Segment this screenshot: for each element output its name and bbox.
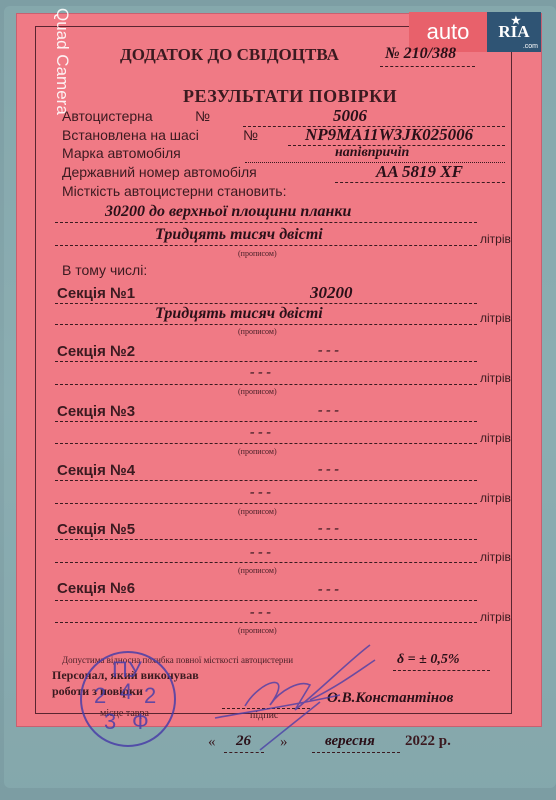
underline xyxy=(245,162,505,163)
stamp-text: 4 xyxy=(120,679,132,705)
section-words: Тридцять тисяч двісті xyxy=(155,305,323,323)
section-value: - - - xyxy=(318,343,339,359)
words-hint: (прописом) xyxy=(238,387,277,396)
words-hint: (прописом) xyxy=(238,566,277,575)
underline xyxy=(380,66,475,67)
vehicle-brand: напівпричіп xyxy=(335,145,409,161)
underline xyxy=(55,600,477,601)
underline xyxy=(55,622,477,623)
underline xyxy=(55,222,477,223)
section-words: - - - xyxy=(250,485,271,501)
section-value: - - - xyxy=(318,521,339,537)
stamp-text: Ф xyxy=(132,709,149,735)
words-hint: (прописом) xyxy=(238,249,277,258)
tanker-no-sign: № xyxy=(195,108,210,124)
underline xyxy=(312,752,400,753)
underline xyxy=(55,443,477,444)
day-close-quote: » xyxy=(280,734,288,751)
section-value: 30200 xyxy=(310,283,353,303)
stamp-text: 2 xyxy=(144,683,156,709)
liters-unit: літрів xyxy=(480,550,511,564)
underline xyxy=(55,562,477,563)
section-value: - - - xyxy=(318,462,339,478)
section-label: Секція №4 xyxy=(57,462,135,479)
underline xyxy=(335,182,505,183)
section-words: - - - xyxy=(250,605,271,621)
section-value: - - - xyxy=(318,403,339,419)
star-icon: ★ xyxy=(511,14,521,27)
capacity-words: Тридцять тисяч двісті xyxy=(155,226,323,244)
section-label: Секція №1 xyxy=(57,285,135,302)
brand-label: Марка автомобіля xyxy=(62,145,181,161)
words-hint: (прописом) xyxy=(238,507,277,516)
underline xyxy=(55,361,477,362)
capacity-label: Місткість автоцистерни становить: xyxy=(62,183,287,199)
liters-unit: літрів xyxy=(480,431,511,445)
tanker-number: 5006 xyxy=(333,106,367,126)
section-words: - - - xyxy=(250,425,271,441)
underline xyxy=(393,670,490,671)
liters-unit: літрів xyxy=(480,371,511,385)
verification-stamp: ПУ 2 4 2 3 Ф xyxy=(80,651,176,747)
including-label: В тому числі: xyxy=(62,262,147,278)
underline xyxy=(224,752,264,753)
plate-label: Державний номер автомобіля xyxy=(62,164,257,180)
section-label: Секція №6 xyxy=(57,580,135,597)
underline xyxy=(55,480,477,481)
section-value: - - - xyxy=(318,582,339,598)
tanker-label: Автоцистерна xyxy=(62,108,153,124)
month-value: вересня xyxy=(325,733,375,750)
stamp-text: 2 xyxy=(94,683,106,709)
appendix-title: ДОДАТОК ДО СВІДОЦТВА xyxy=(120,45,339,65)
underline xyxy=(55,539,477,540)
license-plate: AA 5819 XF xyxy=(376,162,463,182)
underline xyxy=(55,503,477,504)
words-hint: (прописом) xyxy=(238,626,277,635)
underline xyxy=(55,324,477,325)
logo-ria-text: RIA ★ .com xyxy=(487,12,541,52)
camera-watermark: Quad Camera xyxy=(52,8,72,115)
section-label: Секція №3 xyxy=(57,403,135,420)
error-value: δ = ± 0,5% xyxy=(397,652,460,668)
chassis-no-sign: № xyxy=(243,127,258,143)
logo-domain: .com xyxy=(523,43,538,50)
words-hint: (прописом) xyxy=(238,327,277,336)
section-words: - - - xyxy=(250,545,271,561)
section-words: - - - xyxy=(250,365,271,381)
liters-unit: літрів xyxy=(480,232,511,246)
certificate-number: № 210/388 xyxy=(385,45,456,63)
capacity-value: 30200 до верхньої площини планки xyxy=(105,203,351,221)
year-value: 2022 р. xyxy=(405,733,451,750)
day-open-quote: « xyxy=(208,734,216,751)
underline xyxy=(55,245,477,246)
section-label: Секція №2 xyxy=(57,343,135,360)
underline xyxy=(55,421,477,422)
results-title: РЕЗУЛЬТАТИ ПОВІРКИ xyxy=(183,86,397,107)
liters-unit: літрів xyxy=(480,610,511,624)
stamp-text: 3 xyxy=(104,709,116,735)
chassis-number: NP9MA11W3JK025006 xyxy=(305,125,473,145)
liters-unit: літрів xyxy=(480,311,511,325)
underline xyxy=(55,384,477,385)
liters-unit: літрів xyxy=(480,491,511,505)
day-value: 26 xyxy=(236,733,251,750)
section-label: Секція №5 xyxy=(57,521,135,538)
underline xyxy=(55,303,477,304)
words-hint: (прописом) xyxy=(238,447,277,456)
chassis-label: Встановлена на шасі xyxy=(62,127,199,143)
